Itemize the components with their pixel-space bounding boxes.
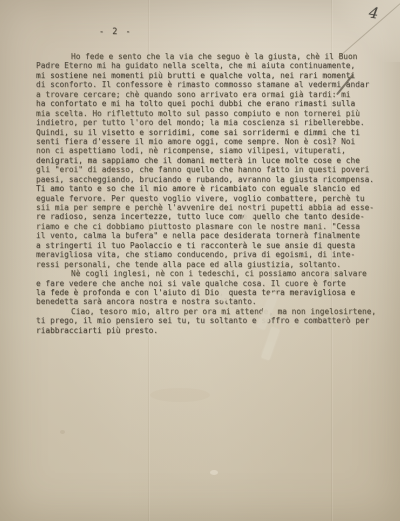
text-line: ha confortato e mi ha tolto quei pochi d… [36, 99, 380, 108]
paragraph: Ho fede e sento che la via che seguo è l… [36, 52, 380, 269]
text-line: indietro, per tutto l'oro del mondo; la … [36, 118, 380, 127]
text-line: Ti amo tanto e so che il mio amore è ric… [36, 184, 380, 193]
text-line: Quindi, su il visetto e sorridimi, come … [36, 128, 380, 137]
text-line: a trovare cercare; chè quando sono arriv… [36, 90, 380, 99]
text-line: benedetta sarà ancora nostra e nostra so… [36, 297, 380, 306]
text-line: a stringerti il tuo Paolaccio e ti racco… [36, 241, 380, 250]
text-line: re radioso, senza incertezze, tutto luce… [36, 212, 380, 221]
text-line: mia scelta. Ho riflettuto molto sul pass… [36, 109, 380, 118]
paper-blemish [150, 388, 210, 402]
text-line: paesi, saccheggiando, bruciando e ruband… [36, 175, 380, 184]
text-line: Ciao, tesoro mio, altro per ora mi atten… [36, 307, 380, 316]
paragraph: Ciao, tesoro mio, altro per ora mi atten… [36, 307, 380, 335]
text-line: ti prego, il mio pensiero sei tu, tu sol… [36, 316, 380, 325]
paper-blemish [60, 430, 65, 434]
text-line: sii mia per sempre e perchè l'avvenire d… [36, 203, 380, 212]
text-line: Padre Eterno mi ha guidato nella scelta,… [36, 61, 380, 70]
paragraph: Nè cogli inglesi, nè con i tedeschi, ci … [36, 269, 380, 307]
text-line: Ho fede e sento che la via che seguo è l… [36, 52, 380, 61]
letter-body: Ho fede e sento che la via che seguo è l… [36, 52, 380, 335]
text-line: gli "eroi" di adesso, che fanno quello c… [36, 165, 380, 174]
scanned-letter-page: - 2 - 4 Ho fede e sento che la via che s… [0, 0, 400, 521]
text-line: Nè cogli inglesi, nè con i tedeschi, ci … [36, 269, 380, 278]
text-line: eguale fervore. Per questo voglio vivere… [36, 194, 380, 203]
text-line: ressi personali, che tende alla pace ed … [36, 260, 380, 269]
page-number: - 2 - [99, 27, 132, 37]
text-line: riamo e che ci dobbiamo piuttosto plasma… [36, 222, 380, 231]
text-line: di sconforto. Il confessore è rimasto co… [36, 80, 380, 89]
paper-blemish [210, 470, 218, 475]
text-line: il vento, calma la bufera" e nella pace … [36, 231, 380, 240]
text-line: non ci aspettiamo lodi, nè ricompense, s… [36, 146, 380, 155]
text-line: la fede è profonda e con l'aiuto di Dio,… [36, 288, 380, 297]
text-line: mi sostiene nei momenti più brutti e qua… [36, 71, 380, 80]
text-line: e fare vedere che anche noi si vale qual… [36, 279, 380, 288]
text-line: meravigliosa vita, che stiamo conducendo… [36, 250, 380, 259]
text-line: senti fiera d'essere il mio amore oggi, … [36, 137, 380, 146]
text-line: riabbracciarti più presto. [36, 326, 380, 335]
text-line: denigrati, ma sappiamo che il domani met… [36, 156, 380, 165]
